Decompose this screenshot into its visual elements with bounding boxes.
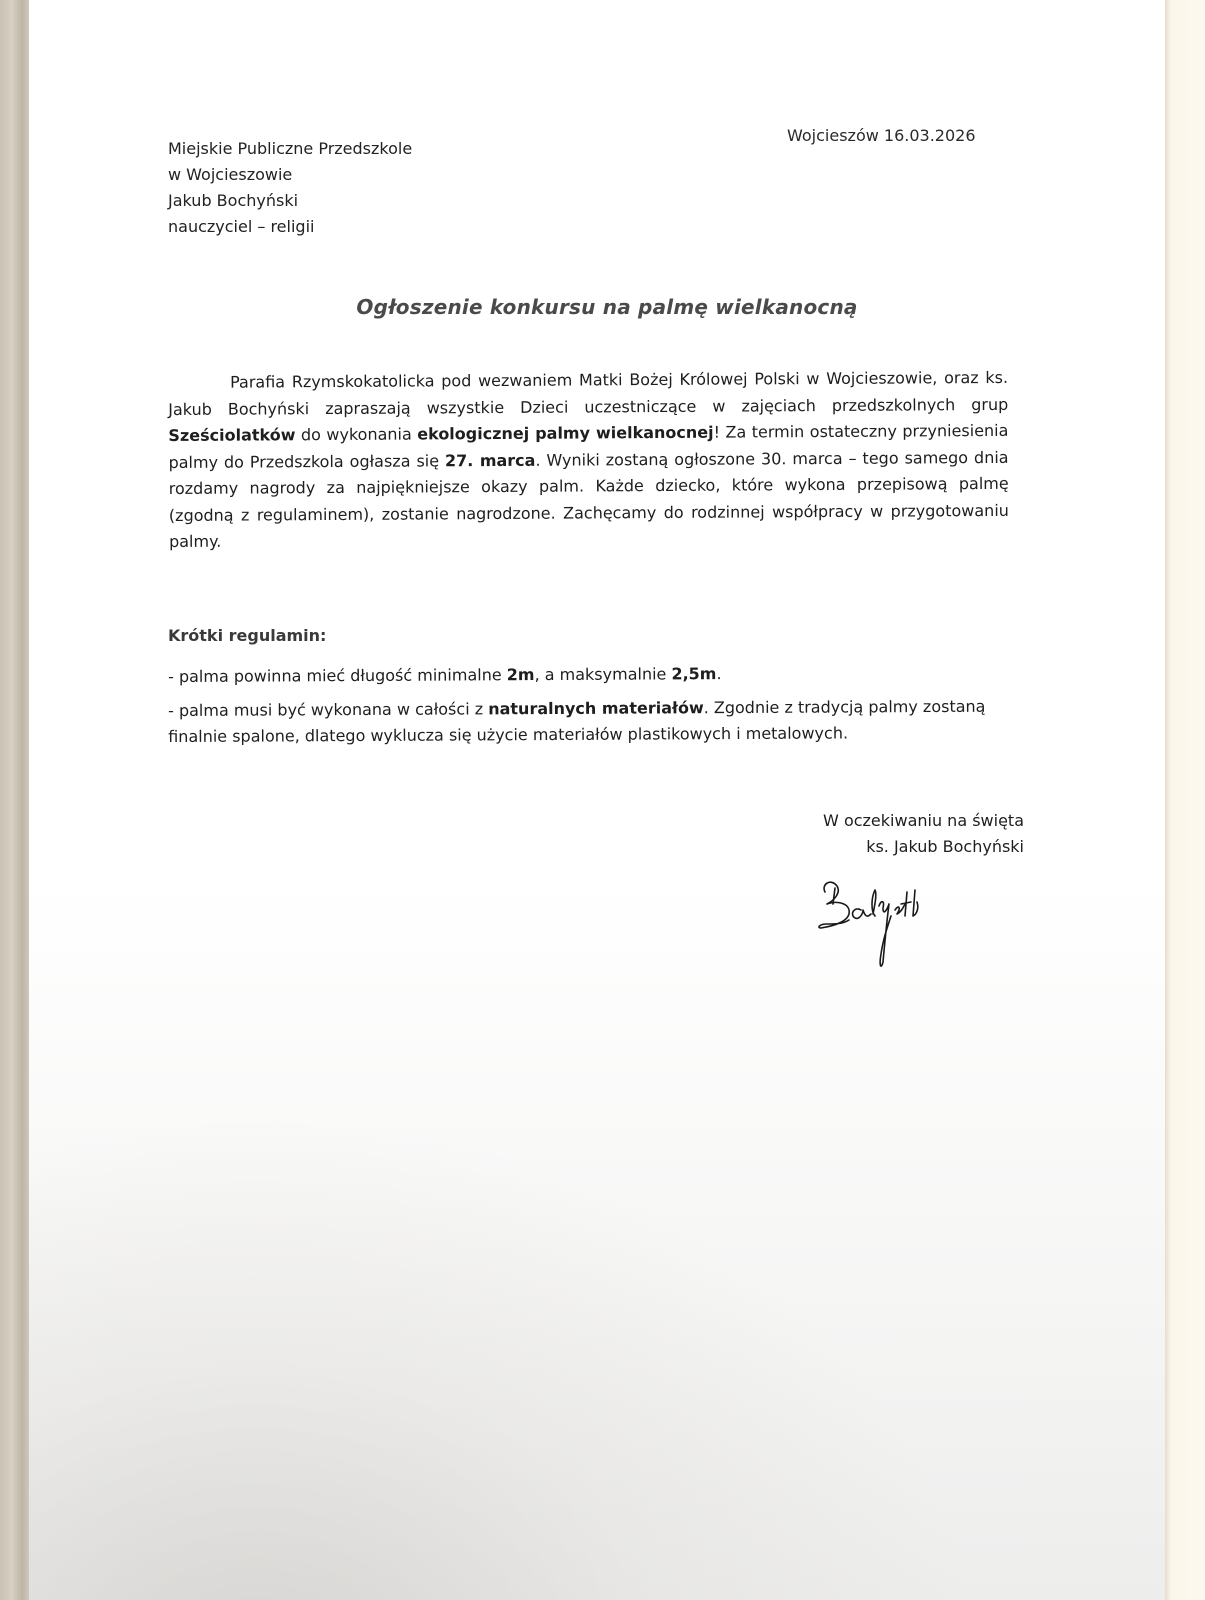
- sender-role: nauczyciel – religii: [168, 214, 412, 240]
- closing-greeting: W oczekiwaniu na święta: [769, 808, 1024, 834]
- rule-text: .: [716, 664, 721, 683]
- body-text: do wykonania: [295, 424, 417, 444]
- document-page: Miejskie Publiczne Przedszkole w Wojcies…: [29, 0, 1165, 1600]
- rule-max-length: 2,5m: [671, 664, 716, 683]
- rule-text: - palma musi być wykonana w całości z: [168, 699, 488, 720]
- signature-icon: [813, 870, 953, 980]
- document-date: Wojcieszów 16.03.2026: [787, 126, 976, 145]
- body-bold-group: Sześciolatków: [168, 425, 295, 445]
- closing-signatory: ks. Jakub Bochyński: [769, 834, 1024, 860]
- background-surface: [1165, 0, 1205, 1600]
- rule-min-length: 2m: [507, 665, 535, 684]
- closing-block: W oczekiwaniu na święta ks. Jakub Bochyń…: [769, 808, 1024, 860]
- sender-name: Jakub Bochyński: [168, 188, 412, 214]
- rule-text: - palma powinna mieć długość minimalne: [168, 665, 507, 686]
- body-bold-deadline: 27. marca: [445, 450, 536, 470]
- rule-materials: naturalnych materiałów: [488, 698, 704, 718]
- body-bold-palm: ekologicznej palmy wielkanocnej: [417, 423, 713, 444]
- sender-institution: Miejskie Publiczne Przedszkole: [168, 136, 412, 162]
- rule-text: , a maksymalnie: [535, 664, 672, 684]
- rules-heading: Krótki regulamin:: [168, 626, 326, 645]
- rule-item: - palma powinna mieć długość minimalne 2…: [168, 660, 1008, 690]
- sender-block: Miejskie Publiczne Przedszkole w Wojcies…: [168, 136, 412, 240]
- sender-location: w Wojcieszowie: [168, 162, 412, 188]
- document-title: Ogłoszenie konkursu na palmę wielkanocną: [29, 295, 1165, 319]
- body-text: Parafia Rzymskokatolicka pod wezwaniem M…: [168, 368, 1008, 419]
- rule-item: - palma musi być wykonana w całości z na…: [168, 694, 1008, 750]
- announcement-paragraph: Parafia Rzymskokatolicka pod wezwaniem M…: [168, 365, 1009, 556]
